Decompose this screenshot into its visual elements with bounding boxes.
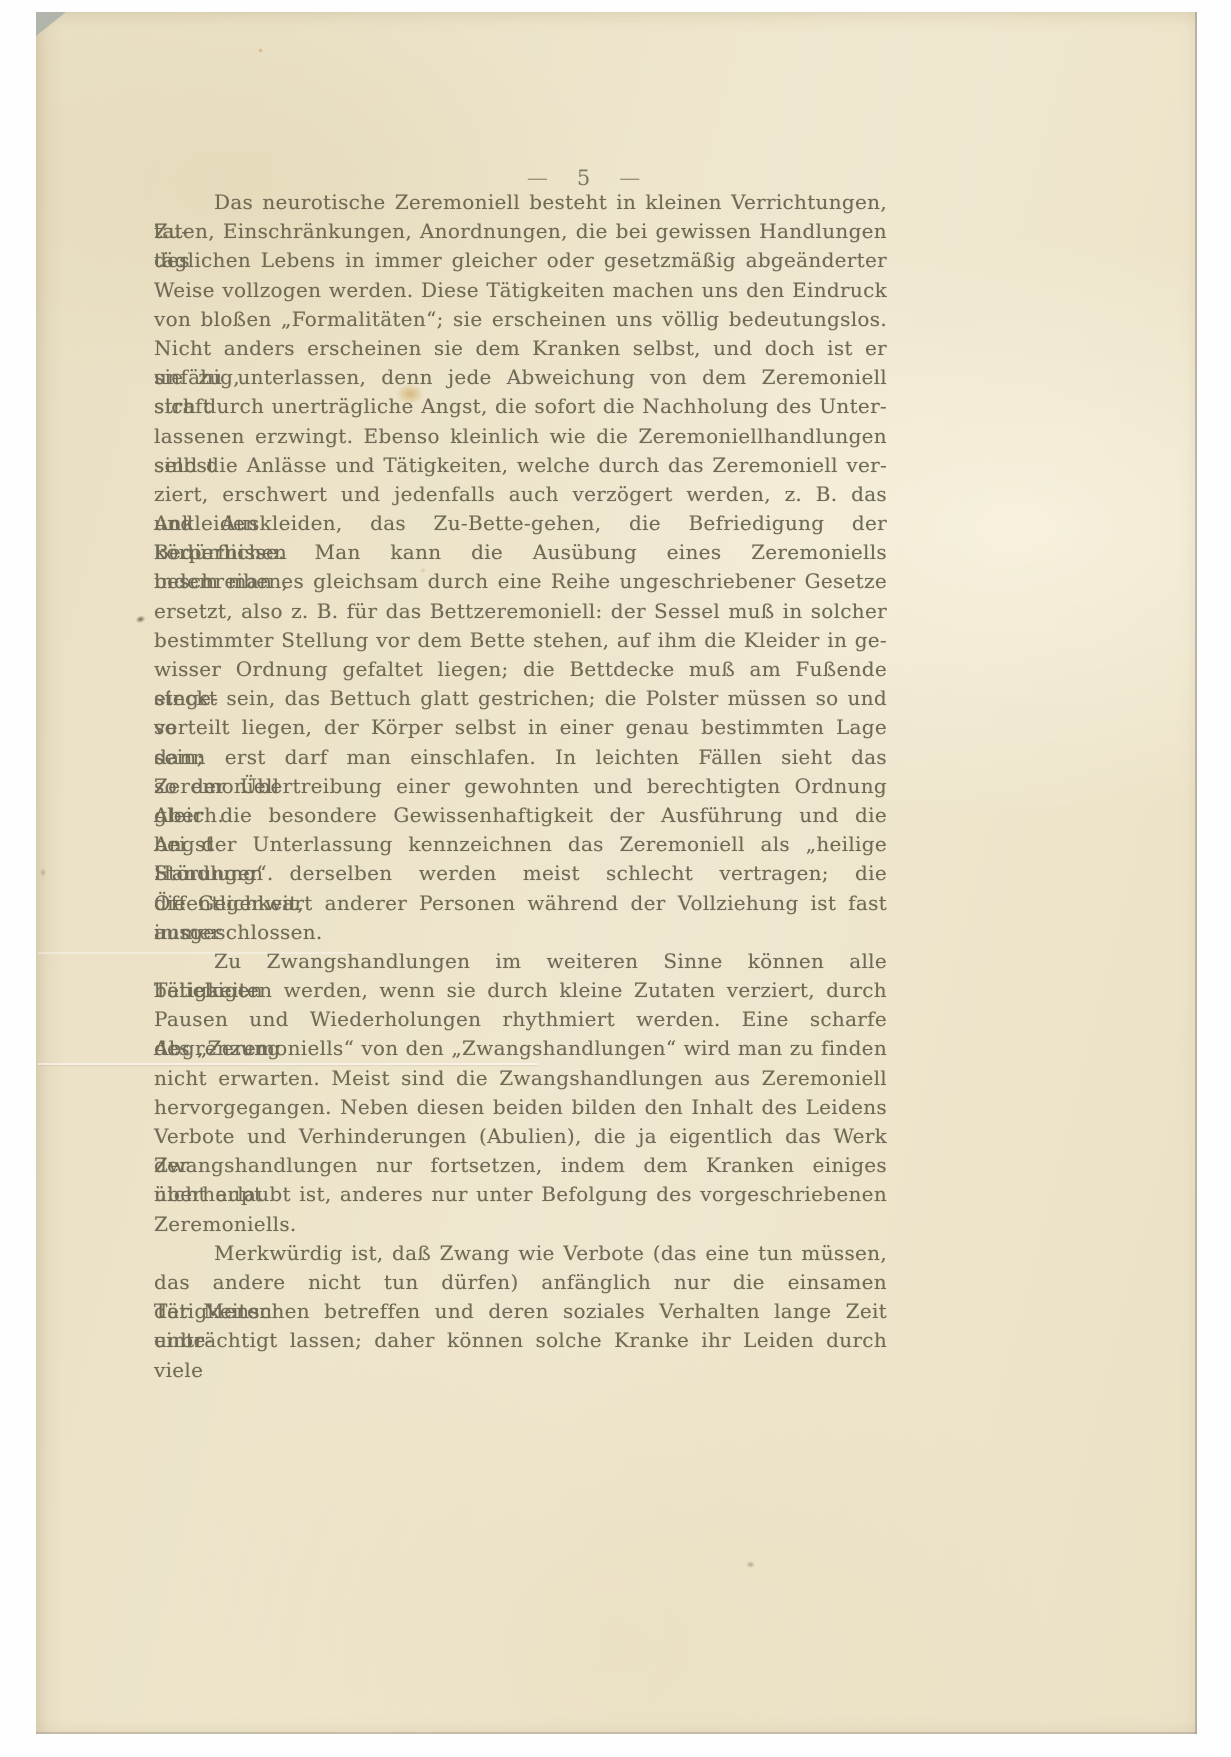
text-line: sie zu unterlassen, denn jede Abweichung… — [154, 363, 887, 392]
text-line: die Gegenwart anderer Personen während d… — [154, 889, 887, 918]
text-line: dann erst darf man einschlafen. In leich… — [154, 743, 887, 772]
text-line: der Menschen betreffen und deren soziale… — [154, 1297, 887, 1326]
printer-ink-mark — [135, 613, 148, 624]
page-edge — [36, 1732, 1197, 1734]
paragraph: Merkwürdig ist, daß Zwang wie Verbote (d… — [154, 1239, 887, 1356]
header-dash-right: — — [617, 166, 643, 190]
book-page: —5— Das neurotische Zeremoniell besteht … — [36, 12, 1197, 1734]
text-line: Zwangshandlungen nur fortsetzen, indem d… — [154, 1151, 887, 1180]
text-line: und Auskleiden, das Zu-Bette-gehen, die … — [154, 509, 887, 538]
paper-crease — [38, 1063, 538, 1065]
paper-speck — [746, 1561, 755, 1568]
paper-crease — [38, 952, 358, 954]
text-line: Störungen derselben werden meist schlech… — [154, 859, 887, 888]
text-line: lassenen erzwingt. Ebenso kleinlich wie … — [154, 422, 887, 451]
page-edge — [1195, 12, 1197, 1734]
text-line: Pausen und Wiederholungen rhythmiert wer… — [154, 1005, 887, 1034]
paper-speck — [40, 868, 46, 877]
text-line: täglichen Lebens in immer gleicher oder … — [154, 246, 887, 275]
text-line: wisser Ordnung gefaltet liegen; die Bett… — [154, 655, 887, 684]
text-line: bestimmter Stellung vor dem Bette stehen… — [154, 626, 887, 655]
paper-stain — [396, 384, 424, 404]
text-line: ersetzt, also z. B. für das Bettzeremoni… — [154, 597, 887, 626]
page-number: 5 — [551, 166, 617, 190]
text-line: Nicht anders erscheinen sie dem Kranken … — [154, 334, 887, 363]
text-block: Das neurotische Zeremoniell besteht in k… — [154, 188, 887, 1356]
text-line: des „Zeremoniells“ von den „Zwangshandlu… — [154, 1034, 887, 1063]
page-header: —5— — [525, 166, 643, 190]
text-line: Merkwürdig ist, daß Zwang wie Verbote (d… — [154, 1239, 887, 1268]
text-line: indem man es gleichsam durch eine Reihe … — [154, 567, 887, 596]
text-line: ausgeschlossen. — [154, 918, 887, 947]
text-line: Bedürfnisse. Man kann die Ausübung eines… — [154, 538, 887, 567]
text-line: Tätigkeiten werden, wenn sie durch klein… — [154, 976, 887, 1005]
text-line: ziert, erschwert und jedenfalls auch ver… — [154, 480, 887, 509]
text-line: Zeremoniells. — [154, 1210, 887, 1239]
text-line: verteilt liegen, der Körper selbst in ei… — [154, 713, 887, 742]
text-line: hervorgegangen. Neben diesen beiden bild… — [154, 1093, 887, 1122]
paper-speck — [258, 48, 263, 53]
text-line: von bloßen „Formalitäten“; sie erscheine… — [154, 305, 887, 334]
text-line: sind die Anlässe und Tätigkeiten, welche… — [154, 451, 887, 480]
header-dash-left: — — [525, 166, 551, 190]
paragraph: Zu Zwangshandlungen im weiteren Sinne kö… — [154, 947, 887, 1239]
text-line: steckt sein, das Bettuch glatt gestriche… — [154, 684, 887, 713]
paper-speck — [420, 568, 426, 573]
text-line: sich durch unerträgliche Angst, die sofo… — [154, 392, 887, 421]
text-line: das andere nicht tun dürfen) anfänglich … — [154, 1268, 887, 1297]
text-line: Verbote und Verhinderungen (Abulien), di… — [154, 1122, 887, 1151]
text-line: einträchtigt lassen; daher können solche… — [154, 1326, 887, 1355]
paragraph: Das neurotische Zeremoniell besteht in k… — [154, 188, 887, 947]
text-line: Aber die besondere Gewissenhaftigkeit de… — [154, 801, 887, 830]
text-line: Weise vollzogen werden. Diese Tätigkeite… — [154, 276, 887, 305]
text-line: taten, Einschränkungen, Anordnungen, die… — [154, 217, 887, 246]
text-line: nicht erlaubt ist, anderes nur unter Bef… — [154, 1180, 887, 1209]
text-line: bei der Unterlassung kennzeichnen das Ze… — [154, 830, 887, 859]
text-line: Das neurotische Zeremoniell besteht in k… — [154, 188, 887, 217]
text-line: nicht erwarten. Meist sind die Zwangshan… — [154, 1064, 887, 1093]
text-line: so der Übertreibung einer gewohnten und … — [154, 772, 887, 801]
